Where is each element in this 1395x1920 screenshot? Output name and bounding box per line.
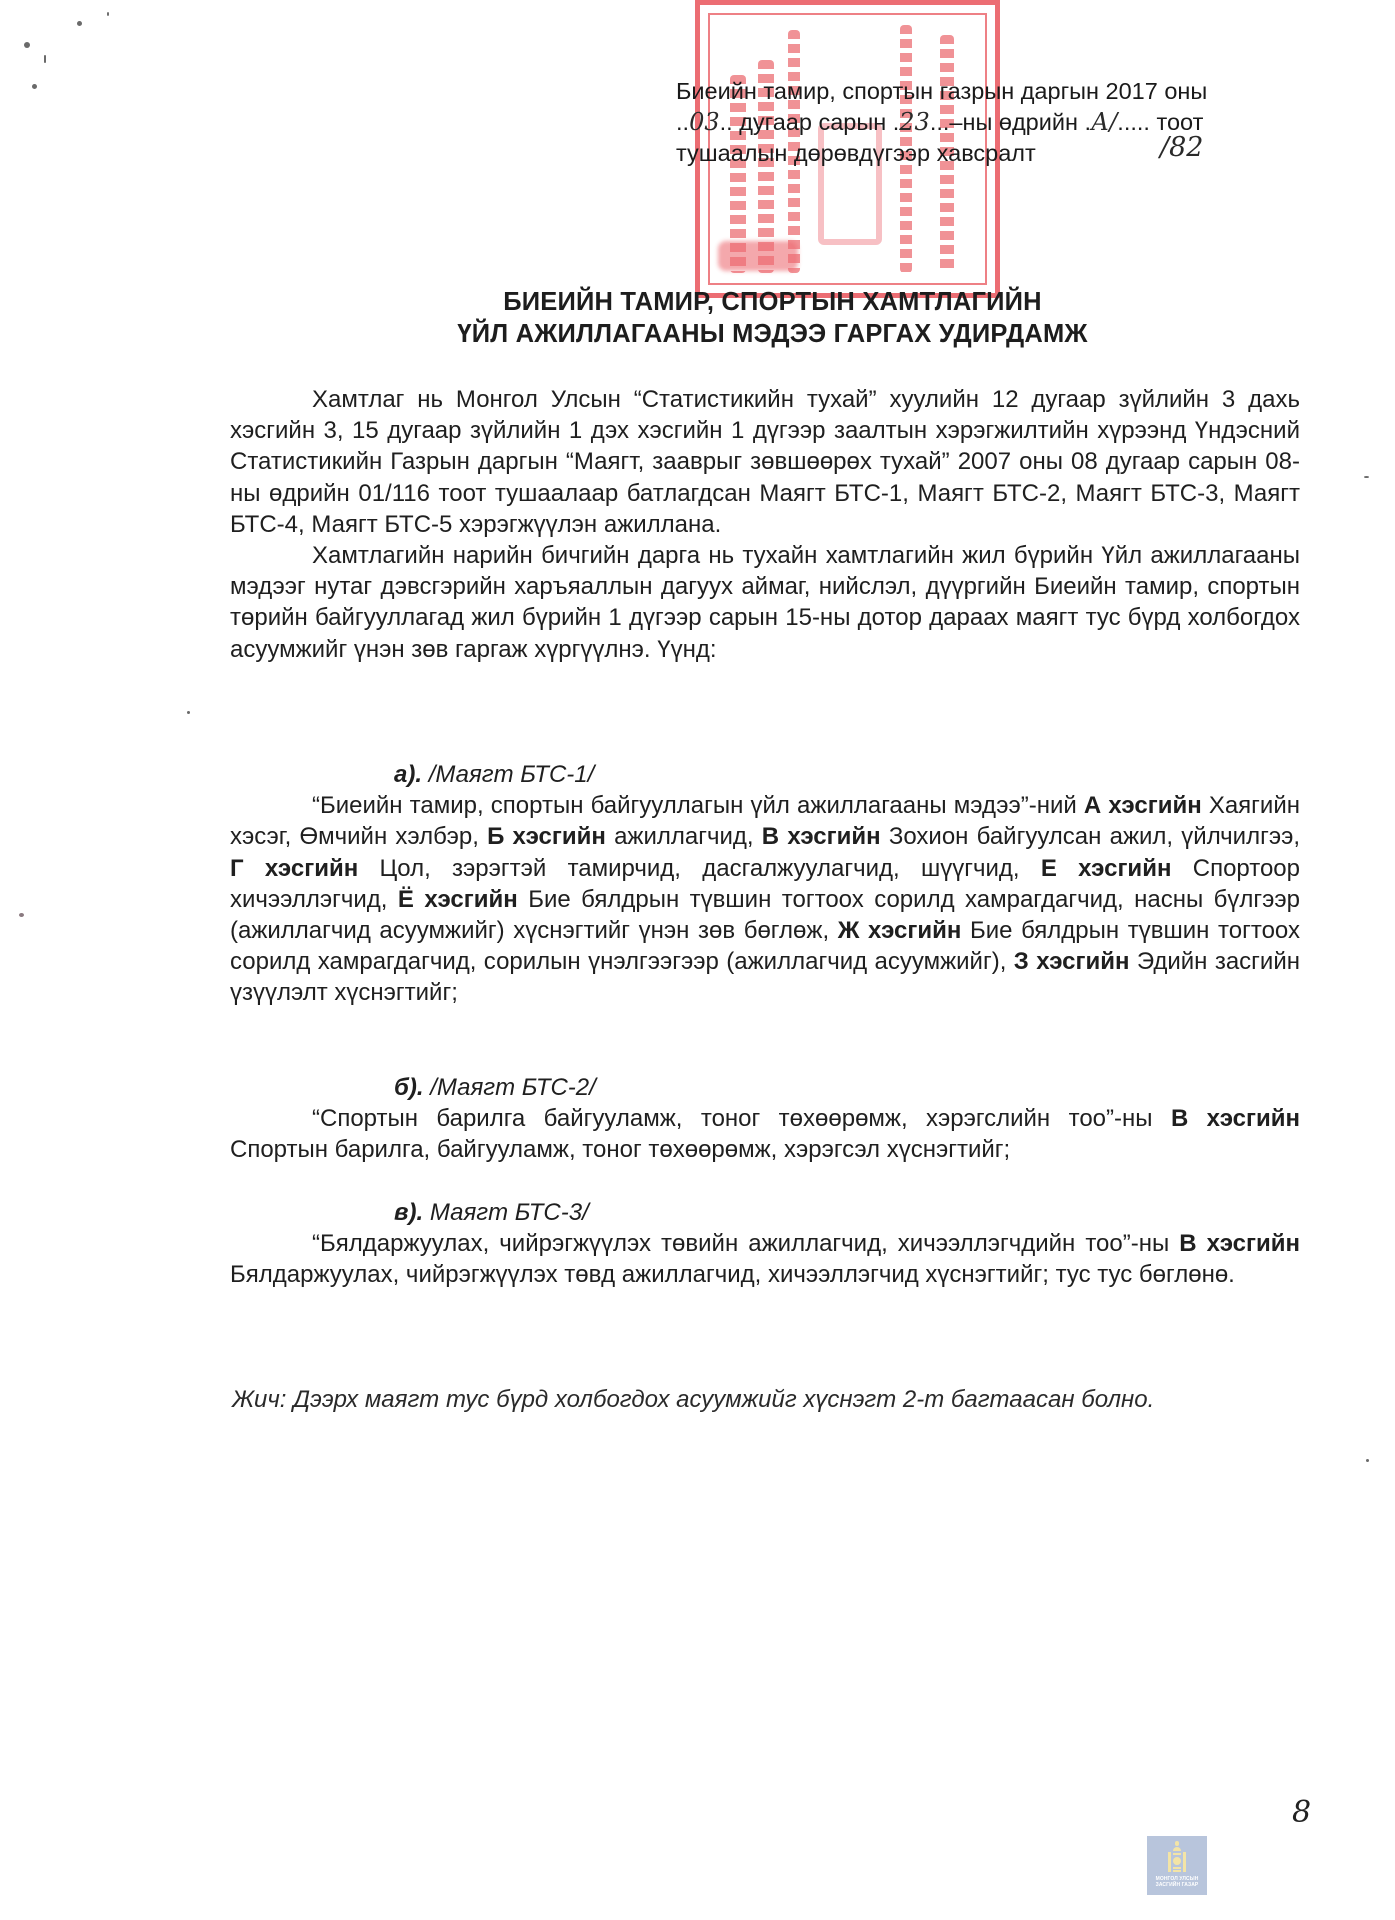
stamp-ink-blot (718, 241, 798, 271)
part-label: З хэсгийн (1014, 948, 1130, 975)
scan-speck (24, 42, 30, 48)
intro-paragraphs: Хамтлаг нь Монгол Улсын “Статистикийн ту… (230, 384, 1300, 665)
section-intro: “Спортын барилга байгууламж, тоног төхөө… (312, 1105, 1153, 1132)
part-label: В хэсгийн (1171, 1105, 1300, 1132)
part-label: Е хэсгийн (1041, 855, 1172, 882)
title-line-2: ҮЙЛ АЖИЛЛАГААНЫ МЭДЭЭ ГАРГАХ УДИРДАМЖ (150, 318, 1395, 350)
scan-speck (19, 913, 24, 917)
part-label: А хэсгийн (1084, 792, 1202, 819)
scan-speck (187, 711, 190, 714)
section-heading: а). /Маягт БТС-1/ (230, 759, 1300, 790)
dots: .. (676, 109, 689, 135)
section-letter: в). (394, 1199, 423, 1226)
section-letter: а). (394, 761, 422, 788)
scan-speck (44, 55, 46, 63)
title-line-1: БИЕИЙН ТАМИР, СПОРТЫН ХАМТЛАГИЙН (150, 286, 1395, 318)
reference-line-2: ..03.. дугаар сарын .23...–ны өдрийн .А/… (676, 107, 1316, 138)
scan-speck (1364, 476, 1369, 478)
order-number: 82 (1169, 132, 1203, 163)
part-text: Спортын барилга, байгууламж, тоног төхөө… (230, 1136, 1010, 1163)
scan-speck (1366, 1459, 1369, 1462)
part-label: Ж хэсгийн (838, 917, 962, 944)
document-title: БИЕИЙН ТАМИР, СПОРТЫН ХАМТЛАГИЙН ҮЙЛ АЖИ… (0, 286, 1395, 350)
government-logo: МОНГОЛ УЛСЫН ЗАСГИЙН ГАЗАР (1147, 1836, 1207, 1895)
section-letter: б). (394, 1074, 424, 1101)
form-code: Маягт БТС-3/ (430, 1199, 589, 1226)
paragraph-1: Хамтлаг нь Монгол Улсын “Статистикийн ту… (230, 384, 1300, 540)
section-body: “Спортын барилга байгууламж, тоног төхөө… (230, 1103, 1300, 1165)
section-body: “Бялдаржуулах, чийрэгжүүлэх төвийн ажилл… (230, 1228, 1300, 1290)
part-text: Зохион байгуулсан ажил, үйлчилгээ, (881, 823, 1300, 850)
part-label: Б хэсгийн (487, 823, 606, 850)
footnote: Жич: Дээрх маягт тус бүрд холбогдох асуу… (232, 1386, 1154, 1414)
part-text: Цол, зэрэгтэй тамирчид, дасгалжуулагчид,… (358, 855, 1041, 882)
logo-label: МОНГОЛ УЛСЫН ЗАСГИЙН ГАЗАР (1156, 1876, 1199, 1888)
section-intro: “Бялдаржуулах, чийрэгжүүлэх төвийн ажилл… (312, 1230, 1169, 1257)
section-c: в). Маягт БТС-3/ “Бялдаржуулах, чийрэгжү… (230, 1197, 1300, 1291)
part-label: В хэсгийн (1179, 1230, 1300, 1257)
part-label: Ё хэсгийн (398, 886, 518, 913)
form-code: /Маягт БТС-2/ (430, 1074, 596, 1101)
handwritten-order-number: /82 (1160, 132, 1203, 163)
section-b: б). /Маягт БТС-2/ “Спортын барилга байгу… (230, 1072, 1300, 1166)
annex-reference: Биеийн тамир, спортын газрын даргын 2017… (676, 76, 1316, 169)
handwritten-order-prefix: А/ (1091, 108, 1117, 136)
reference-line-1: Биеийн тамир, спортын газрын даргын 2017… (676, 76, 1316, 107)
reference-text: ...–ны өдрийн . (930, 109, 1091, 135)
part-text: Бялдаржуулах, чийрэгжүүлэх төвд ажиллагч… (230, 1261, 1235, 1288)
paragraph-2: Хамтлагийн нарийн бичгийн дарга нь тухай… (230, 540, 1300, 665)
scan-speck (107, 12, 109, 16)
section-intro: “Биеийн тамир, спортын байгууллагын үйл … (312, 792, 1077, 819)
scan-speck (32, 84, 37, 89)
part-text: ажиллагчид, (606, 823, 762, 850)
section-heading: б). /Маягт БТС-2/ (230, 1072, 1300, 1103)
handwritten-month: 03 (689, 108, 720, 136)
logo-line-2: ЗАСГИЙН ГАЗАР (1156, 1882, 1199, 1888)
handwritten-page-number: 8 (1292, 1795, 1311, 1830)
part-label: Г хэсгийн (230, 855, 358, 882)
section-body: “Биеийн тамир, спортын байгууллагын үйл … (230, 790, 1300, 1008)
scan-speck (77, 21, 82, 26)
section-a: а). /Маягт БТС-1/ “Биеийн тамир, спортын… (230, 759, 1300, 1009)
soyombo-icon (1168, 1841, 1186, 1873)
reference-line-3: тушаалын дөрөвдүгээр хавсралт (676, 138, 1316, 169)
section-heading: в). Маягт БТС-3/ (230, 1197, 1300, 1228)
form-code: /Маягт БТС-1/ (429, 761, 595, 788)
reference-text: дугаар сарын (739, 109, 886, 135)
handwritten-day: 23 (899, 108, 930, 136)
part-label: В хэсгийн (762, 823, 881, 850)
